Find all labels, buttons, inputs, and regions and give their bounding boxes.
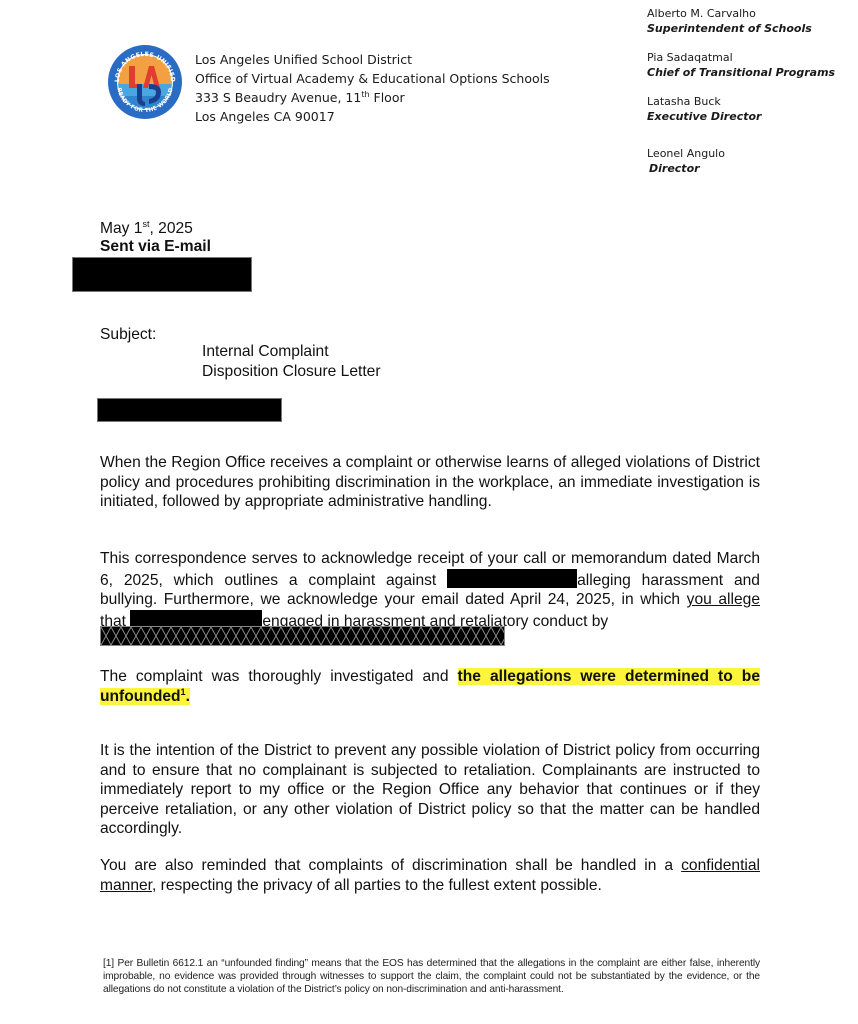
street-sup: th	[361, 90, 369, 99]
redacted-salutation	[97, 398, 282, 422]
official-title: Chief of Transitional Programs	[647, 65, 835, 81]
paragraph-intro: When the Region Office receives a compla…	[100, 453, 760, 512]
lausd-logo: LOS ANGELES UNIFIED READY FOR THE WORLD	[107, 44, 183, 120]
official-title: Superintendent of Schools	[647, 21, 812, 37]
finding-end: .	[186, 688, 190, 705]
official-title: Director	[647, 161, 725, 177]
redacted-crosshatch	[100, 626, 505, 646]
date-text: May 1	[100, 220, 142, 237]
footnote: [1] Per Bulletin 6612.1 an “unfounded fi…	[103, 957, 760, 996]
official-title: Executive Director	[647, 109, 761, 125]
official-entry: Leonel Angulo Director	[647, 146, 725, 177]
official-name: Latasha Buck	[647, 94, 761, 109]
org-city: Los Angeles CA 90017	[195, 107, 550, 126]
lausd-seal-icon: LOS ANGELES UNIFIED READY FOR THE WORLD	[107, 44, 183, 120]
subject-line: Internal Complaint	[202, 342, 381, 362]
street-text-end: Floor	[370, 90, 405, 105]
org-name: Los Angeles Unified School District	[195, 50, 550, 69]
street-text: 333 S Beaudry Avenue, 11	[195, 90, 361, 105]
crosshatch-pattern-icon	[101, 627, 504, 645]
official-name: Alberto M. Carvalho	[647, 6, 812, 21]
org-street: 333 S Beaudry Avenue, 11th Floor	[195, 88, 550, 107]
paragraph-confidentiality: You are also reminded that complaints of…	[100, 856, 760, 895]
paragraph-finding: The complaint was thoroughly investigate…	[100, 667, 760, 706]
delivery-method: Sent via E-mail	[100, 237, 211, 257]
official-name: Leonel Angulo	[647, 146, 725, 161]
date-year: , 2025	[149, 220, 192, 237]
p3-text: The complaint was thoroughly investigate…	[100, 668, 458, 685]
official-name: Pia Sadaqatmal	[647, 50, 835, 65]
p5-text: , respecting the privacy of all parties …	[152, 877, 602, 894]
letter-date: May 1st, 2025	[100, 219, 193, 239]
organization-address: Los Angeles Unified School District Offi…	[195, 50, 550, 126]
p5-text: You are also reminded that complaints of…	[100, 857, 681, 874]
subject-label: Subject:	[100, 325, 156, 345]
official-entry: Alberto M. Carvalho Superintendent of Sc…	[647, 6, 812, 37]
subject-line: Disposition Closure Letter	[202, 362, 381, 382]
official-entry: Latasha Buck Executive Director	[647, 94, 761, 125]
official-entry: Pia Sadaqatmal Chief of Transitional Pro…	[647, 50, 835, 81]
paragraph-retaliation: It is the intention of the District to p…	[100, 741, 760, 839]
redacted-name	[447, 569, 577, 588]
subject-lines: Internal Complaint Disposition Closure L…	[202, 342, 381, 381]
org-office: Office of Virtual Academy & Educational …	[195, 69, 550, 88]
paragraph-acknowledgement: This correspondence serves to acknowledg…	[100, 549, 760, 631]
redacted-recipient	[72, 257, 252, 292]
